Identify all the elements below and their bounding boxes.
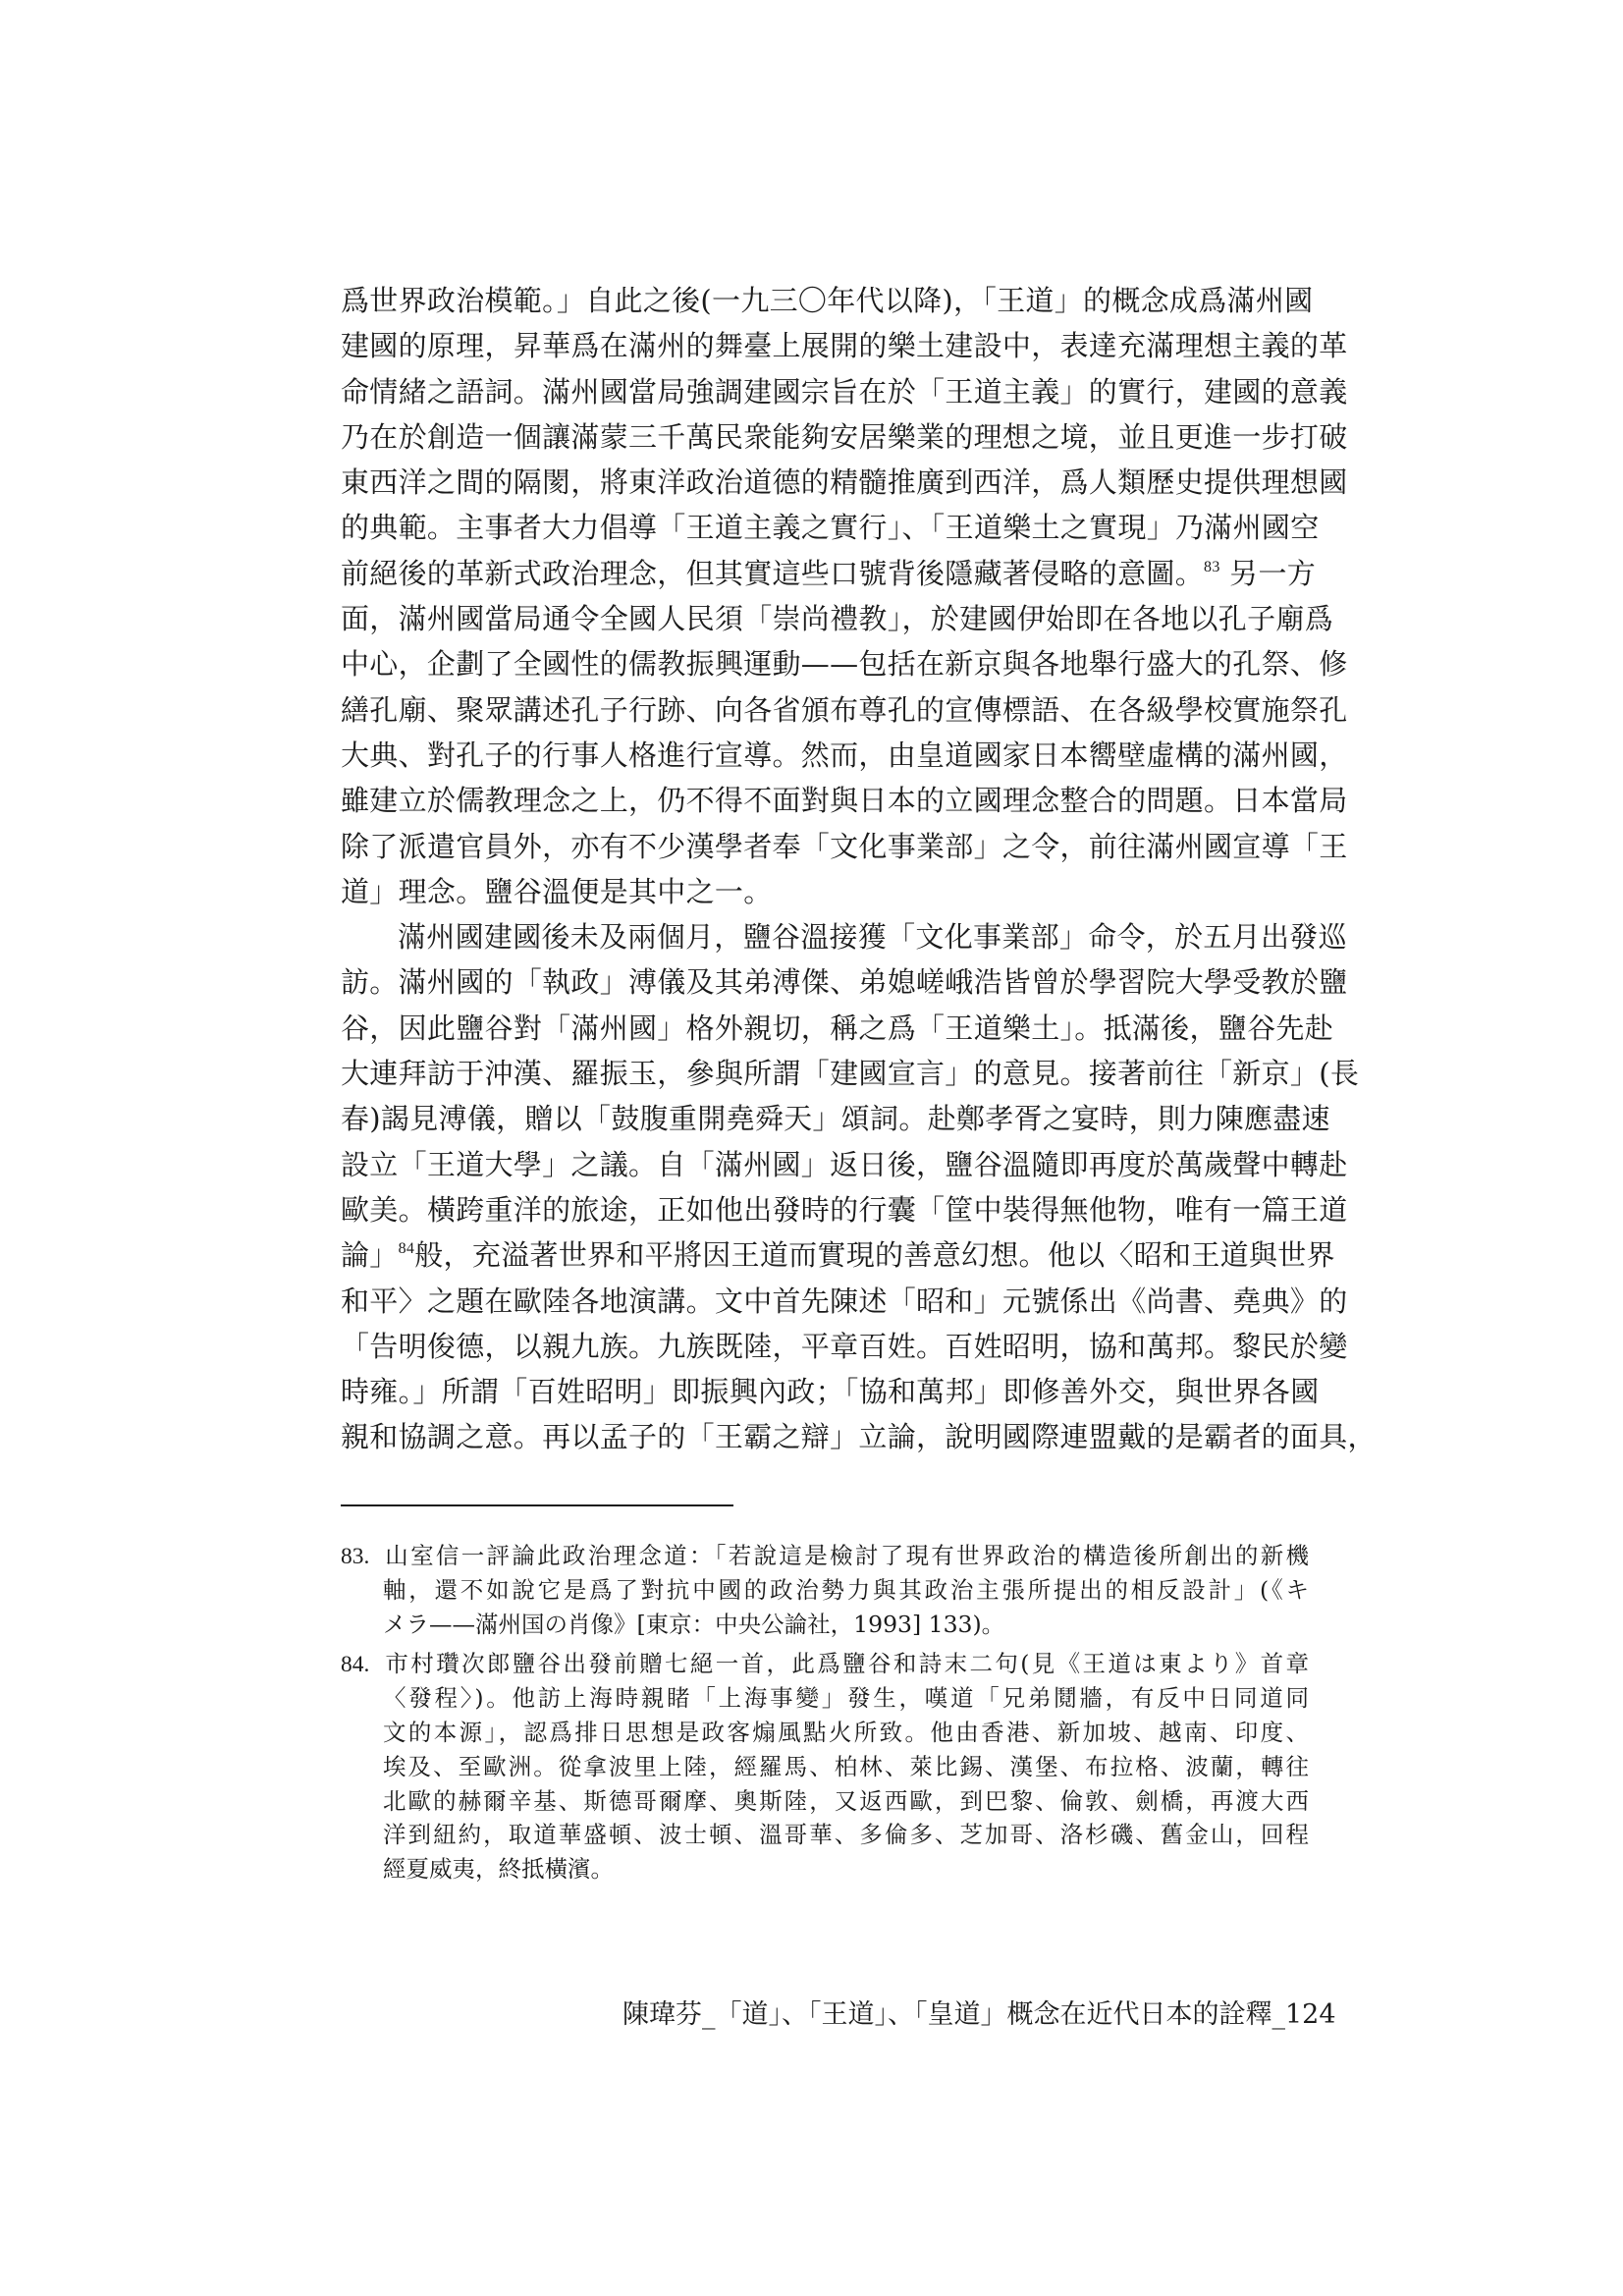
footnote-84: 84.市村瓚次郎鹽谷出發前贈七絕一首，此爲鹽谷和詩末二句(見《王道は東より》首章… xyxy=(341,1647,1309,1886)
footnote-line: 經夏威夷，終抵橫濱。 xyxy=(341,1852,1309,1886)
footnote-line: 洋到紐約，取道華盛頓、波士頓、溫哥華、多倫多、芝加哥、洛杉磯、舊金山，回程 xyxy=(341,1818,1309,1852)
footnote-line: 軸，還不如說它是爲了對抗中國的政治勢力與其政治主張所提出的相反設計」(《キ xyxy=(341,1573,1309,1608)
body-line: 和平〉之題在歐陸各地演講。文中首先陳述「昭和」元號係出《尚書、堯典》的 xyxy=(341,1279,1309,1324)
body-line: 建國的原理，昇華爲在滿州的舞臺上展開的樂土建設中，表達充滿理想主義的革 xyxy=(341,323,1309,368)
body-line: 繕孔廟、聚眾講述孔子行跡、向各省頒布尊孔的宣傳標語、在各級學校實施祭孔 xyxy=(341,687,1309,733)
footnote-text: 山室信一評論此政治理念道：「若說這是檢討了現有世界政治的構造後所創出的新機 xyxy=(383,1542,1309,1569)
paragraph-start-line: 滿州國建國後未及兩個月，鹽谷溫接獲「文化事業部」命令，於五月出發巡 xyxy=(341,914,1309,959)
body-line: 谷，因此鹽谷對「滿州國」格外親切，稱之爲「王道樂土」。抵滿後，鹽谷先赴 xyxy=(341,1006,1309,1051)
body-line-text: 論」 xyxy=(341,1238,399,1272)
body-line-text: 前絕後的革新式政治理念，但其實這些口號背後隱藏著侵略的意圖。 xyxy=(341,557,1204,590)
body-line: 大連拜訪于沖漢、羅振玉，參與所謂「建國宣言」的意見。接著前往「新京」(長 xyxy=(341,1051,1309,1096)
running-footer: 陳瑋芬_「道」、「王道」、「皇道」概念在近代日本的詮釋_124 xyxy=(622,1997,1309,2033)
footnote-line: メラ——滿州国の肖像》[東京：中央公論社，1993] 133)。 xyxy=(341,1608,1309,1642)
body-line: 設立「王道大學」之議。自「滿州國」返日後，鹽谷溫隨即再度於萬歲聲中轉赴 xyxy=(341,1142,1309,1187)
paragraph-end-line: 道」理念。鹽谷溫便是其中之一。 xyxy=(341,869,1309,914)
footnote-number: 83. xyxy=(341,1540,383,1574)
body-line: 前絕後的革新式政治理念，但其實這些口號背後隱藏著侵略的意圖。83 另一方 xyxy=(341,551,1309,596)
footnote-ref-83[interactable]: 83 xyxy=(1204,559,1220,575)
body-line: 「告明俊德，以親九族。九族既陸，平章百姓。百姓昭明，協和萬邦。黎民於變 xyxy=(341,1324,1309,1369)
footnote-ref-84[interactable]: 84 xyxy=(399,1240,415,1257)
body-line: 雖建立於儒教理念之上，仍不得不面對與日本的立國理念整合的問題。日本當局 xyxy=(341,778,1309,823)
footnote-line: 〈發程〉)。他訪上海時親睹「上海事變」發生，嘆道「兄弟鬩牆，有反中日同道同 xyxy=(341,1681,1309,1716)
body-line: 命情緒之語詞。滿州國當局強調建國宗旨在於「王道主義」的實行，建國的意義 xyxy=(341,369,1309,414)
body-line: 親和協調之意。再以孟子的「王霸之辯」立論，說明國際連盟戴的是霸者的面具， xyxy=(341,1414,1309,1459)
body-line: 春)謁見溥儀，贈以「鼓腹重開堯舜天」頌詞。赴鄭孝胥之宴時，則力陳應盡速 xyxy=(341,1096,1309,1141)
footnote-line: 83.山室信一評論此政治理念道：「若說這是檢討了現有世界政治的構造後所創出的新機 xyxy=(341,1539,1309,1573)
footnote-separator xyxy=(341,1504,733,1506)
body-line: 大典、對孔子的行事人格進行宣導。然而，由皇道國家日本嚮壁虛構的滿州國， xyxy=(341,733,1309,778)
footnote-line: 北歐的赫爾辛基、斯德哥爾摩、奧斯陸，又返西歐，到巴黎、倫敦、劍橋，再渡大西 xyxy=(341,1784,1309,1819)
body-line: 面，滿州國當局通令全國人民須「崇尚禮教」，於建國伊始即在各地以孔子廟爲 xyxy=(341,596,1309,641)
body-line: 訪。滿州國的「執政」溥儀及其弟溥傑、弟媳嵯峨浩皆曾於學習院大學受教於鹽 xyxy=(341,959,1309,1005)
body-line-text: 另一方 xyxy=(1229,557,1316,590)
footnote-line: 84.市村瓚次郎鹽谷出發前贈七絕一首，此爲鹽谷和詩末二句(見《王道は東より》首章 xyxy=(341,1647,1309,1681)
body-line: 論」84般，充溢著世界和平將因王道而實現的善意幻想。他以〈昭和王道與世界 xyxy=(341,1232,1309,1278)
main-body-text: 爲世界政治模範。」自此之後(一九三〇年代以降)，「王道」的概念成爲滿州國 建國的… xyxy=(341,278,1309,1460)
footnote-text: 市村瓚次郎鹽谷出發前贈七絕一首，此爲鹽谷和詩末二句(見《王道は東より》首章 xyxy=(383,1650,1309,1677)
body-line: 東西洋之間的隔閡，將東洋政治道德的精髓推廣到西洋，爲人類歷史提供理想國 xyxy=(341,460,1309,505)
body-line: 乃在於創造一個讓滿蒙三千萬民衆能夠安居樂業的理想之境，並且更進一步打破 xyxy=(341,414,1309,460)
body-line: 爲世界政治模範。」自此之後(一九三〇年代以降)，「王道」的概念成爲滿州國 xyxy=(341,278,1309,323)
body-line: 時雍。」所謂「百姓昭明」即振興內政；「協和萬邦」即修善外交，與世界各國 xyxy=(341,1369,1309,1414)
body-line: 中心，企劃了全國性的儒教振興運動——包括在新京與各地舉行盛大的孔祭、修 xyxy=(341,641,1309,686)
body-line: 的典範。主事者大力倡導「王道主義之實行」、「王道樂土之實現」乃滿州國空 xyxy=(341,505,1309,550)
footnote-83: 83.山室信一評論此政治理念道：「若說這是檢討了現有世界政治的構造後所創出的新機… xyxy=(341,1539,1309,1641)
footnote-line: 文的本源」，認爲排日思想是政客煽風點火所致。他由香港、新加坡、越南、印度、 xyxy=(341,1716,1309,1750)
body-line-text: 般，充溢著世界和平將因王道而實現的善意幻想。他以〈昭和王道與世界 xyxy=(414,1238,1335,1272)
body-line: 歐美。橫跨重洋的旅途，正如他出發時的行囊「筐中裝得無他物，唯有一篇王道 xyxy=(341,1187,1309,1232)
footnote-number: 84. xyxy=(341,1648,383,1682)
body-line: 除了派遣官員外，亦有不少漢學者奉「文化事業部」之令，前往滿州國宣導「王 xyxy=(341,824,1309,869)
footnote-line: 埃及、至歐洲。從拿波里上陸，經羅馬、柏林、萊比錫、漢堡、布拉格、波蘭，轉往 xyxy=(341,1750,1309,1784)
footnotes: 83.山室信一評論此政治理念道：「若說這是檢討了現有世界政治的構造後所創出的新機… xyxy=(341,1539,1309,1886)
document-page: 爲世界政治模範。」自此之後(一九三〇年代以降)，「王道」的概念成爲滿州國 建國的… xyxy=(0,0,1623,2296)
